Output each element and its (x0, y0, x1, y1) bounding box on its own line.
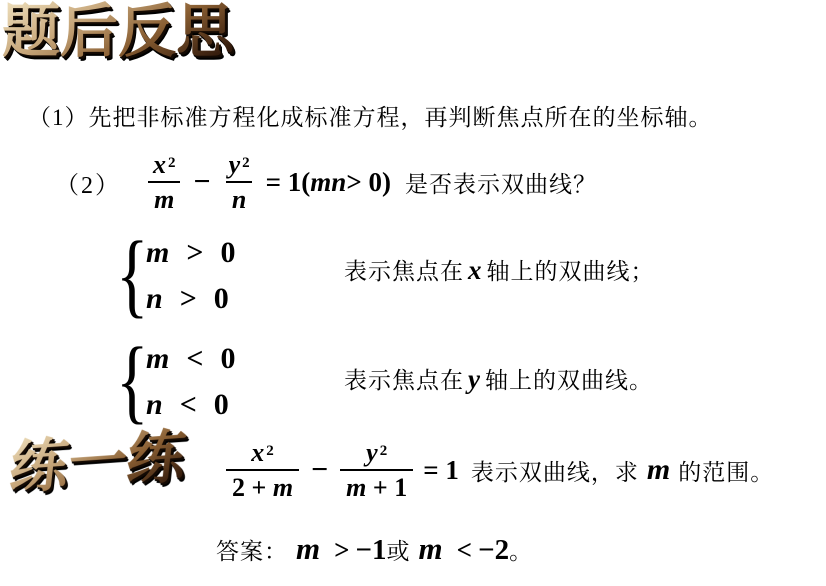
math-value: 0 (214, 282, 229, 316)
case-1-condition-n: n > 0 (146, 282, 229, 316)
answer-label: 答案： (216, 533, 288, 566)
case-1-description: 表示焦点在x轴上的双曲线； (344, 253, 655, 286)
period-text: 。 (509, 533, 533, 566)
math-value: −1 (356, 534, 387, 567)
case-2-description: 表示焦点在y轴上的双曲线。 (344, 362, 653, 395)
description-prefix: 表示焦点在 (344, 368, 464, 393)
description-suffix: 轴上的双曲线。 (485, 368, 653, 393)
math-variable: m (146, 236, 169, 270)
math-value: 0 (220, 342, 235, 376)
math-exponent: 2 (266, 443, 274, 459)
mn-variables: mn (310, 167, 346, 198)
math-exponent: 2 (380, 443, 388, 459)
fraction-numerator: y2 (223, 150, 256, 181)
point-2-row: （2） x2 m − y2 n = 1( mn > 0) 是否表示双曲线？ (55, 150, 597, 215)
case-1-brace: { (116, 228, 148, 322)
math-variable: y (229, 150, 241, 179)
description-prefix: 表示焦点在 (344, 259, 464, 284)
math-variable: m (146, 342, 169, 376)
slide-canvas: 题后反思 练一练 （1）先把非标准方程化成标准方程，再判断焦点所在的坐标轴。 （… (0, 0, 826, 586)
denominator-suffix: + 1 (373, 473, 407, 502)
practice-text-suffix: 的范围。 (678, 454, 774, 487)
fraction-denominator: m + 1 (340, 469, 413, 503)
relation-operator: < (180, 388, 197, 422)
answer-row: 答案： m > −1 或 m < −2 。 (216, 531, 533, 567)
point-2-label: （2） (55, 165, 121, 200)
axis-variable: x (468, 255, 483, 285)
case-2-condition-m: m < 0 (146, 342, 235, 376)
or-text: 或 (387, 533, 411, 566)
minus-operator: − (194, 165, 211, 199)
math-variable: m (273, 473, 293, 502)
fraction-y2-over-n: y2 n (223, 150, 256, 215)
math-value: −2 (478, 534, 509, 567)
axis-variable: y (468, 364, 481, 394)
fraction-x2-over-m: x2 m (147, 150, 182, 215)
case-2-brace: { (116, 334, 148, 428)
relation-operator: > (180, 282, 197, 316)
minus-operator: − (311, 453, 328, 487)
point-1-text: （1）先把非标准方程化成标准方程，再判断焦点所在的坐标轴。 (28, 99, 713, 132)
fraction-denominator: m (148, 181, 180, 215)
math-exponent: 2 (168, 155, 176, 171)
math-value: 0 (220, 236, 235, 270)
math-variable: x (251, 438, 264, 467)
math-variable: m (154, 185, 174, 214)
title-reflection: 题后反思 (2, 0, 234, 64)
fraction-x2-over-2-plus-m: x2 2 + m (226, 438, 299, 503)
practice-equation-row: x2 2 + m − y2 m + 1 = 1 表示双曲线，求 m 的范围。 (226, 438, 774, 503)
case-2-condition-n: n < 0 (146, 388, 229, 422)
fraction-denominator: n (226, 181, 252, 215)
equals-one-open-paren: = 1( (266, 167, 311, 198)
case-1-condition-m: m > 0 (146, 236, 235, 270)
math-variable: n (146, 282, 163, 316)
practice-text-prefix: 表示双曲线，求 (471, 454, 639, 487)
math-variable: x (153, 150, 166, 179)
condition-gt-zero: > 0) (346, 167, 391, 198)
description-suffix: 轴上的双曲线； (487, 259, 655, 284)
denominator-prefix: 2 + (232, 473, 266, 502)
relation-operator: < (457, 535, 472, 566)
math-variable: m (346, 473, 366, 502)
relation-operator: > (334, 535, 349, 566)
point-2-question: 是否表示双曲线？ (405, 166, 597, 199)
math-exponent: 2 (242, 155, 250, 171)
math-variable: m (296, 531, 320, 567)
fraction-y2-over-m-plus-1: y2 m + 1 (340, 438, 413, 503)
relation-operator: > (186, 236, 203, 270)
fraction-numerator: y2 (360, 438, 393, 469)
math-variable: m (647, 453, 670, 487)
math-variable: m (419, 531, 443, 567)
math-variable: n (146, 388, 163, 422)
fraction-numerator: x2 (245, 438, 280, 469)
math-variable: y (366, 438, 378, 467)
relation-operator: < (186, 342, 203, 376)
title-practice: 练一练 (6, 422, 189, 504)
math-value: 0 (214, 388, 229, 422)
fraction-numerator: x2 (147, 150, 182, 181)
fraction-denominator: 2 + m (226, 469, 299, 503)
math-variable: n (232, 185, 246, 214)
equals-one: = 1 (423, 455, 459, 486)
